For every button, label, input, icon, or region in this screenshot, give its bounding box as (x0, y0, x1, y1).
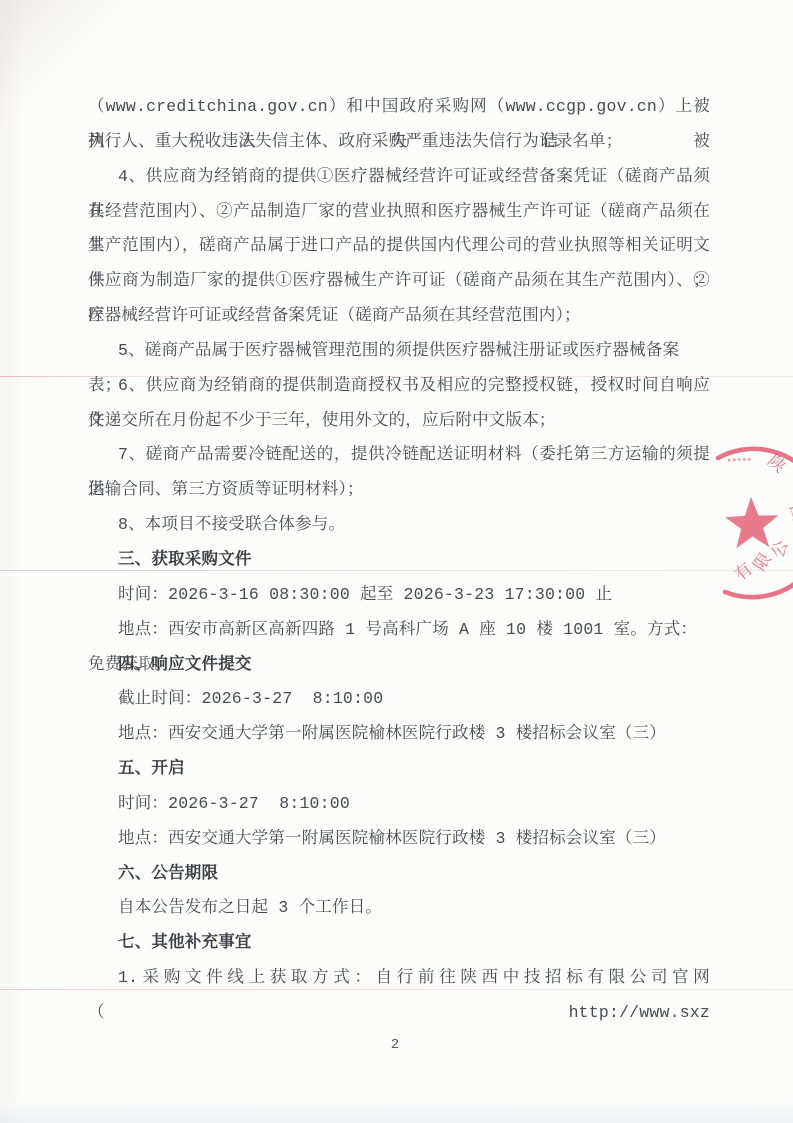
document-line: 时间：2026-3-16 08:30:00 起至 2026-3-23 17:30… (88, 578, 710, 613)
document-line: 生产范围内），磋商产品属于进口产品的提供国内代理公司的营业执照等相关证明文件； (88, 229, 710, 264)
section-heading-line: 六、公告期限 (88, 857, 710, 892)
seal-dot (743, 458, 745, 460)
seal-dot (728, 459, 730, 461)
document-line: 地点：西安交通大学第一附属医院榆林医院行政楼 3 楼招标会议室（三） (88, 822, 710, 857)
red-company-seal-stamp: 陕 西 有 限 公 (690, 432, 793, 620)
seal-ring-bottom-arc (725, 575, 793, 597)
seal-dot (748, 458, 750, 460)
document-line: 其经营范围内）、②产品制造厂家的营业执照和医疗器械生产许可证（磋商产品须在其 (88, 195, 710, 230)
document-line: 4、供应商为经销商的提供①医疗器械经营许可证或经营备案凭证（磋商产品须在 (88, 160, 710, 195)
document-line: 地点：西安市高新区高新四路 1 号高科广场 A 座 10 楼 1001 室。方式… (88, 613, 710, 648)
document-line: 1.采购文件线上获取方式：自行前往陕西中技招标有限公司官网（http://www… (88, 961, 710, 996)
document-line: 自本公告发布之日起 3 个工作日。 (88, 891, 710, 926)
document-line: 7、磋商产品需要冷链配送的，提供冷链配送证明材料（委托第三方运输的须提供 (88, 438, 710, 473)
document-line: 截止时间：2026-3-27 8:10:00 (88, 682, 710, 717)
document-line: 6、供应商为经销商的提供制造商授权书及相应的完整授权链，授权时间自响应文 (88, 369, 710, 404)
document-line: 件递交所在月份起不少于三年，使用外文的，应后附中文版本； (88, 404, 710, 439)
seal-char: 公 (768, 538, 792, 560)
document-line: 5、磋商产品属于医疗器械管理范围的须提供医疗器械注册证或医疗器械备案表； (88, 334, 710, 369)
scanned-document-page: （www.creditchina.gov.cn）和中国政府采购网（www.ccg… (0, 0, 793, 1123)
page-number: 2 (0, 1037, 790, 1053)
section-heading-line: 三、获取采购文件 (88, 543, 710, 578)
document-line: 时间：2026-3-27 8:10:00 (88, 787, 710, 822)
document-line: （www.creditchina.gov.cn）和中国政府采购网（www.ccg… (88, 90, 710, 125)
document-line: 地点：西安交通大学第一附属医院榆林医院行政楼 3 楼招标会议室（三） (88, 717, 710, 752)
document-line: 运输合同、第三方资质等证明材料）； (88, 473, 710, 508)
seal-char: 西 (786, 502, 793, 524)
document-line: 8、本项目不接受联合体参与。 (88, 508, 710, 543)
section-heading-line: 七、其他补充事宜 (88, 926, 710, 961)
section-heading-line: 四、响应文件提交 (88, 648, 710, 683)
document-line: 疗器械经营许可证或经营备案凭证（磋商产品须在其经营范围内）； (88, 299, 710, 334)
seal-dot (738, 458, 740, 460)
document-body: （www.creditchina.gov.cn）和中国政府采购网（www.ccg… (88, 90, 710, 996)
document-line: 执行人、重大税收违法失信主体、政府采购严重违法失信行为记录名单； (88, 125, 710, 160)
seal-dot (733, 459, 735, 461)
document-line: 供应商为制造厂家的提供①医疗器械生产许可证（磋商产品须在其生产范围内）、②医 (88, 264, 710, 299)
section-heading-line: 五、开启 (88, 752, 710, 787)
